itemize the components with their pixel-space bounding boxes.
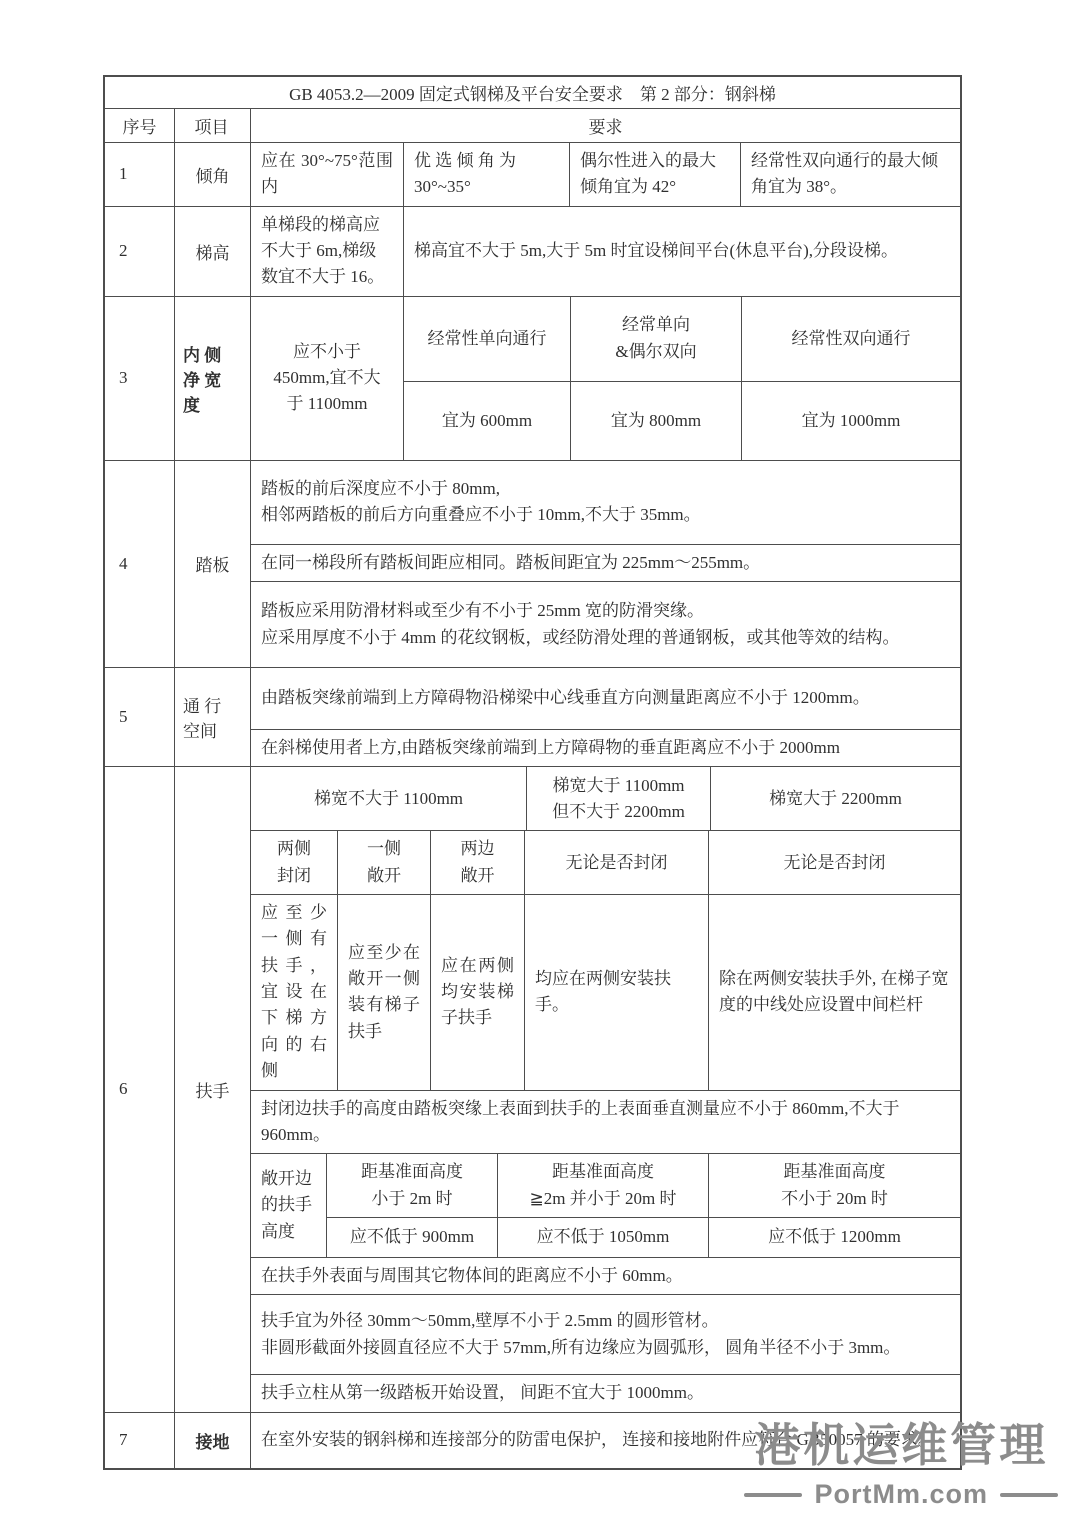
cell-r5-s1: 由踏板突缘前端到上方障碍物沿梯梁中心线垂直方向测量距离应不小于 1200mm。 — [251, 668, 960, 729]
watermark-site: PortMm.com — [814, 1479, 988, 1510]
cell-r3-h3: 经常性双向通行 — [741, 297, 960, 381]
row6-req: 梯宽不大于 1100mm 梯宽大于 1100mm 但不大于 2200mm 梯宽大… — [250, 767, 960, 1411]
cell-r6-closed: 封闭边扶手的高度由踏板突缘上表面到扶手的上表面垂直测量应不小于 860mm,不大… — [251, 1091, 960, 1154]
cell-r3-left: 应不小于 450mm,宜不大 于 1100mm — [251, 297, 403, 460]
table-title: GB 4053.2—2009 固定式钢梯及平台安全要求 第 2 部分：钢斜梯 — [289, 80, 776, 105]
cell-r4-s1: 踏板的前后深度应不小于 80mm, 相邻两踏板的前后方向重叠应不小于 10mm,… — [251, 461, 960, 544]
row6-height-subgrid: 距基准面高度 小于 2m 时 距基准面高度 ≧2m 并小于 20m 时 距基准面… — [326, 1154, 960, 1257]
row7-no: 7 — [105, 1413, 174, 1468]
row2-req: 单梯段的梯高应不大于 6m,梯级数宜不大于 16。 梯高宜不大于 5m,大于 5… — [250, 207, 960, 296]
table-header-row: 序号 项目 要求 — [105, 108, 960, 142]
row3-item: 内 侧 净 宽 度 — [174, 297, 250, 460]
watermark-brand: 港机运维管理 — [744, 1420, 1058, 1471]
cell-r6-e2: 一侧 敞开 — [337, 831, 430, 894]
header-item: 项目 — [174, 109, 250, 142]
cell-r6-post: 扶手立柱从第一级踏板开始设置， 间距不宜大于 1000mm。 — [251, 1375, 960, 1411]
row5-item: 通 行 空间 — [174, 668, 250, 766]
cell-r4-s2: 在同一梯段所有踏板间距应相同。踏板间距宜为 225mm～255mm。 — [251, 545, 960, 581]
cell-r2-left: 单梯段的梯高应不大于 6m,梯级数宜不大于 16。 — [251, 207, 403, 296]
cell-r5-s2: 在斜梯使用者上方,由踏板突缘前端到上方障碍物的垂直距离应不小于 2000mm — [251, 730, 960, 766]
cell-r6-gap: 在扶手外表面与周围其它物体间的距离应不小于 60mm。 — [251, 1258, 960, 1294]
cell-r6-e3: 两边 敞开 — [430, 831, 524, 894]
cell-r1-c2: 优 选 倾 角 为 30°~35° — [403, 143, 569, 206]
cell-r6-pipe: 扶手宜为外径 30mm～50mm,壁厚不小于 2.5mm 的圆形管材。 非圆形截… — [251, 1295, 960, 1374]
row-incline-angle: 1 倾角 应在 30°~75°范围内 优 选 倾 角 为 30°~35° 偶尔性… — [105, 142, 960, 206]
row4-req: 踏板的前后深度应不小于 80mm, 相邻两踏板的前后方向重叠应不小于 10mm,… — [250, 461, 960, 667]
row6-item: 扶手 — [174, 767, 250, 1411]
cell-r1-c3: 偶尔性进入的最大倾角宜为 42° — [569, 143, 740, 206]
row-inner-width: 3 内 侧 净 宽 度 应不小于 450mm,宜不大 于 1100mm 经常性单… — [105, 296, 960, 460]
cell-r6-d4: 均应在两侧安装扶手。 — [524, 895, 708, 1089]
cell-r3-v2: 宜为 800mm — [570, 382, 741, 460]
watermark: 港机运维管理 PortMm.com — [744, 1420, 1058, 1510]
cell-r6-v2: 应不低于 1050mm — [497, 1218, 708, 1257]
row3-subgrid: 经常性单向通行 经常单向 &偶尔双向 经常性双向通行 宜为 600mm 宜为 8… — [403, 297, 960, 460]
cell-r3-v3: 宜为 1000mm — [741, 382, 960, 460]
row4-item: 踏板 — [174, 461, 250, 667]
row5-req: 由踏板突缘前端到上方障碍物沿梯梁中心线垂直方向测量距离应不小于 1200mm。 … — [250, 668, 960, 766]
row1-item: 倾角 — [174, 143, 250, 206]
cell-r6-h2: 距基准面高度 ≧2m 并小于 20m 时 — [497, 1154, 708, 1217]
header-req: 要求 — [250, 109, 960, 142]
row4-no: 4 — [105, 461, 174, 667]
cell-r6-d3: 应在两侧均安装梯子扶手 — [430, 895, 524, 1089]
row1-req: 应在 30°~75°范围内 优 选 倾 角 为 30°~35° 偶尔性进入的最大… — [250, 143, 960, 206]
cell-r6-e4: 无论是否封闭 — [524, 831, 708, 894]
cell-r6-d5: 除在两侧安装扶手外, 在梯子宽度的中线处应设置中间栏杆 — [708, 895, 960, 1089]
cell-r6-e1: 两侧 封闭 — [251, 831, 337, 894]
spec-table: GB 4053.2—2009 固定式钢梯及平台安全要求 第 2 部分：钢斜梯 序… — [103, 75, 962, 1470]
row1-no: 1 — [105, 143, 174, 206]
document-page: GB 4053.2—2009 固定式钢梯及平台安全要求 第 2 部分：钢斜梯 序… — [0, 0, 1080, 1528]
cell-r4-s3: 踏板应采用防滑材料或至少有不小于 25mm 宽的防滑突缘。 应采用厚度不小于 4… — [251, 582, 960, 667]
row-passage-space: 5 通 行 空间 由踏板突缘前端到上方障碍物沿梯梁中心线垂直方向测量距离应不小于… — [105, 667, 960, 766]
cell-r6-d2: 应至少在敞开一侧装有梯子扶手 — [337, 895, 430, 1089]
cell-r6-v1: 应不低于 900mm — [327, 1218, 497, 1257]
row5-no: 5 — [105, 668, 174, 766]
cell-r1-c4: 经常性双向通行的最大倾角宜为 38°。 — [740, 143, 960, 206]
row3-no: 3 — [105, 297, 174, 460]
cell-r6-w1: 梯宽不大于 1100mm — [251, 767, 526, 830]
cell-r6-w3: 梯宽大于 2200mm — [710, 767, 960, 830]
cell-r6-h3: 距基准面高度 不小于 20m 时 — [708, 1154, 960, 1217]
cell-r6-h1: 距基准面高度 小于 2m 时 — [327, 1154, 497, 1217]
watermark-dash-left — [744, 1493, 802, 1497]
cell-r6-open-label: 敞开边 的扶手 高度 — [251, 1154, 326, 1257]
cell-r6-w2: 梯宽大于 1100mm 但不大于 2200mm — [526, 767, 710, 830]
row2-no: 2 — [105, 207, 174, 296]
cell-r6-v3: 应不低于 1200mm — [708, 1218, 960, 1257]
row-handrail: 6 扶手 梯宽不大于 1100mm 梯宽大于 1100mm 但不大于 2200m… — [105, 766, 960, 1411]
row-tread: 4 踏板 踏板的前后深度应不小于 80mm, 相邻两踏板的前后方向重叠应不小于 … — [105, 460, 960, 667]
cell-r3-h2: 经常单向 &偶尔双向 — [570, 297, 741, 381]
cell-r2-right: 梯高宜不大于 5m,大于 5m 时宜设梯间平台(休息平台),分段设梯。 — [403, 207, 960, 296]
table-title-row: GB 4053.2—2009 固定式钢梯及平台安全要求 第 2 部分：钢斜梯 — [105, 77, 960, 108]
row6-no: 6 — [105, 767, 174, 1411]
watermark-dash-right — [1000, 1493, 1058, 1497]
cell-r3-v1: 宜为 600mm — [404, 382, 570, 460]
cell-r6-d1: 应至少一侧有扶手，宜设在下梯方向的右侧 — [251, 895, 337, 1089]
cell-r6-e5: 无论是否封闭 — [708, 831, 960, 894]
row-ladder-height: 2 梯高 单梯段的梯高应不大于 6m,梯级数宜不大于 16。 梯高宜不大于 5m… — [105, 206, 960, 296]
header-no: 序号 — [105, 109, 174, 142]
header-req-label: 要求 — [589, 113, 623, 138]
cell-r3-h1: 经常性单向通行 — [404, 297, 570, 381]
cell-r1-c1: 应在 30°~75°范围内 — [251, 143, 403, 206]
row7-item: 接地 — [174, 1413, 250, 1468]
row2-item: 梯高 — [174, 207, 250, 296]
row3-req: 应不小于 450mm,宜不大 于 1100mm 经常性单向通行 经常单向 &偶尔… — [250, 297, 960, 460]
